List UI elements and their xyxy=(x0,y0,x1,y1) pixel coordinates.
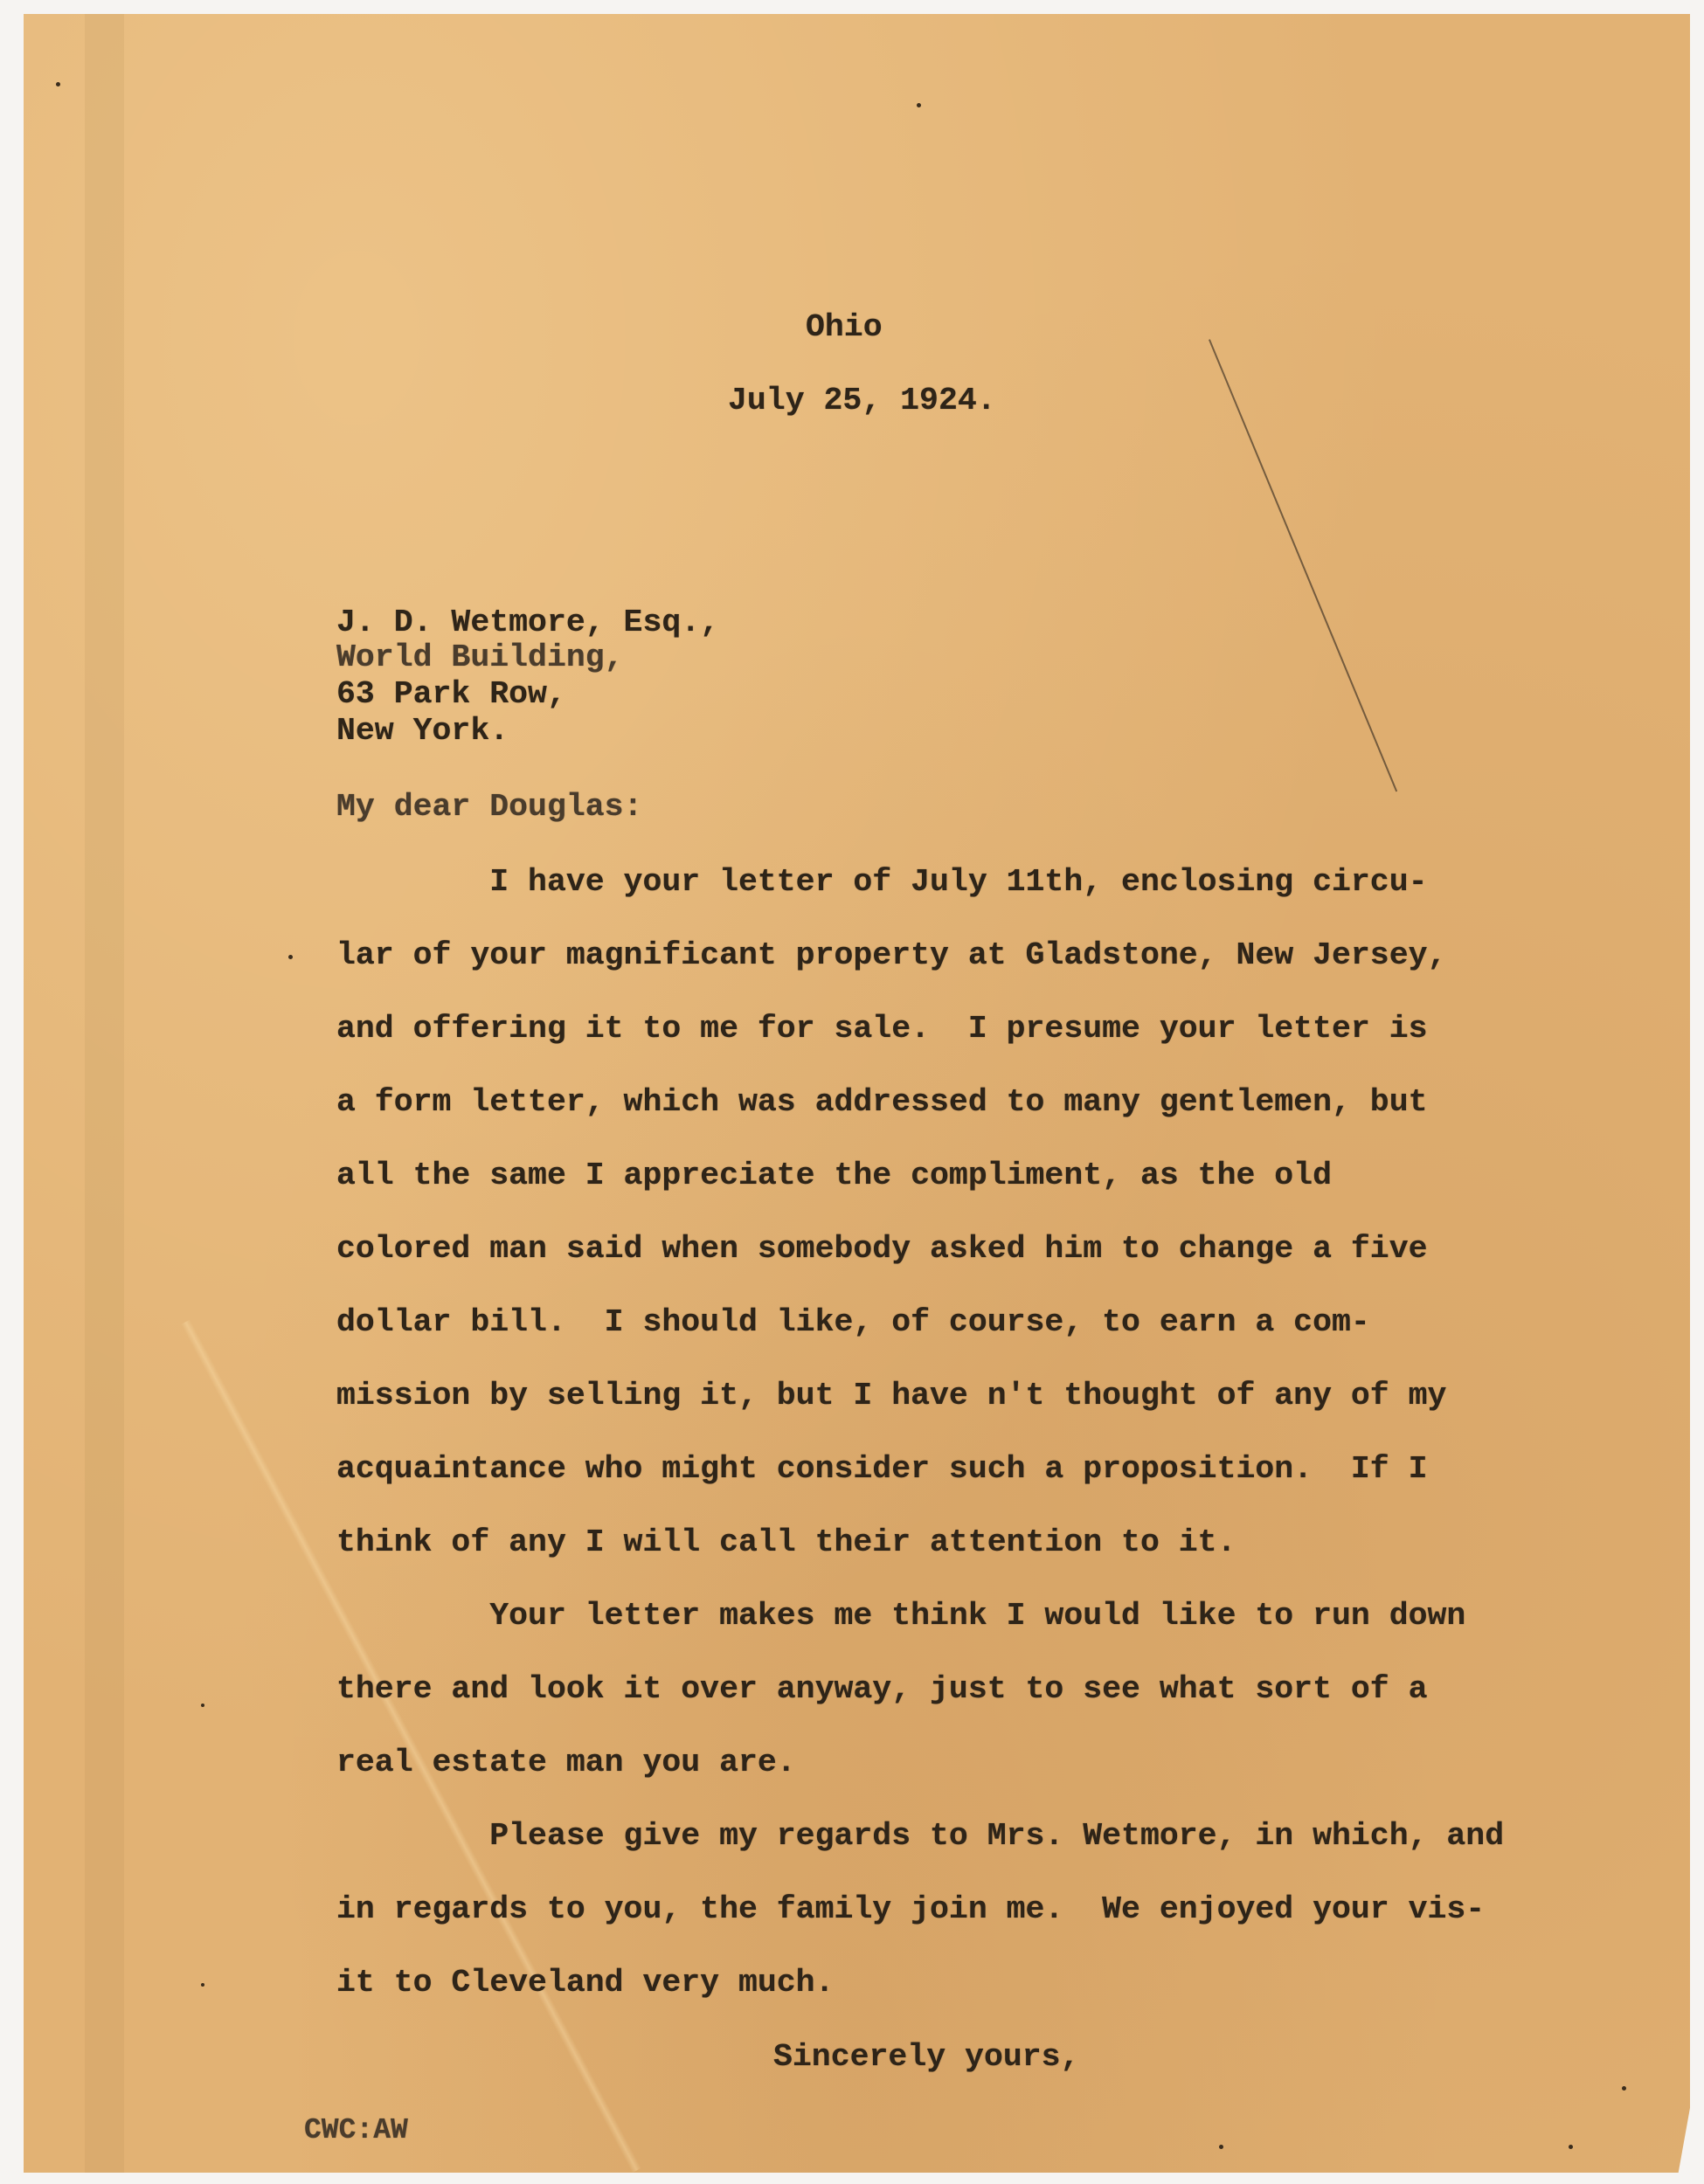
body-line: it to Cleveland very much. xyxy=(336,1967,835,2000)
body-line: a form letter, which was addressed to ma… xyxy=(336,1087,1428,1119)
body-line: mission by selling it, but I have n't th… xyxy=(336,1380,1446,1413)
address-line: J. D. Wetmore, Esq., xyxy=(336,607,719,639)
body-line: I have your letter of July 11th, enclosi… xyxy=(336,867,1428,899)
paper-margin-shading xyxy=(85,14,124,2173)
paper-speck xyxy=(201,1983,204,1987)
body-line: colored man said when somebody asked him… xyxy=(336,1234,1428,1266)
body-line: lar of your magnificant property at Glad… xyxy=(336,940,1446,972)
paper-speck xyxy=(288,955,293,959)
body-line: think of any I will call their attention… xyxy=(336,1527,1236,1559)
reference-initials: CWC:AW xyxy=(304,2116,408,2145)
paper-speck xyxy=(1622,2086,1626,2091)
body-line: real estate man you are. xyxy=(336,1747,796,1780)
paper-speck xyxy=(917,103,921,107)
paper-speck xyxy=(56,82,60,86)
paper-speck xyxy=(201,1704,204,1707)
body-line: there and look it over anyway, just to s… xyxy=(336,1674,1428,1706)
body-line: Your letter makes me think I would like … xyxy=(336,1600,1465,1633)
body-line: all the same I appreciate the compliment… xyxy=(336,1160,1332,1192)
paper-speck xyxy=(1569,2145,1573,2149)
closing: Sincerely yours, xyxy=(773,2042,1079,2074)
paper-speck xyxy=(1219,2145,1223,2149)
address-line: World Building, xyxy=(336,642,624,674)
salutation: My dear Douglas: xyxy=(336,791,642,824)
body-line: dollar bill. I should like, of course, t… xyxy=(336,1307,1370,1339)
body-line: and offering it to me for sale. I presum… xyxy=(336,1013,1428,1046)
body-line: in regards to you, the family join me. W… xyxy=(336,1894,1485,1926)
address-line: 63 Park Row, xyxy=(336,679,566,711)
body-line: Please give my regards to Mrs. Wetmore, … xyxy=(336,1821,1504,1853)
address-line: New York. xyxy=(336,715,509,748)
date-line: July 25, 1924. xyxy=(728,385,996,418)
place-line: Ohio xyxy=(806,312,883,344)
body-line: acquaintance who might consider such a p… xyxy=(336,1454,1428,1486)
